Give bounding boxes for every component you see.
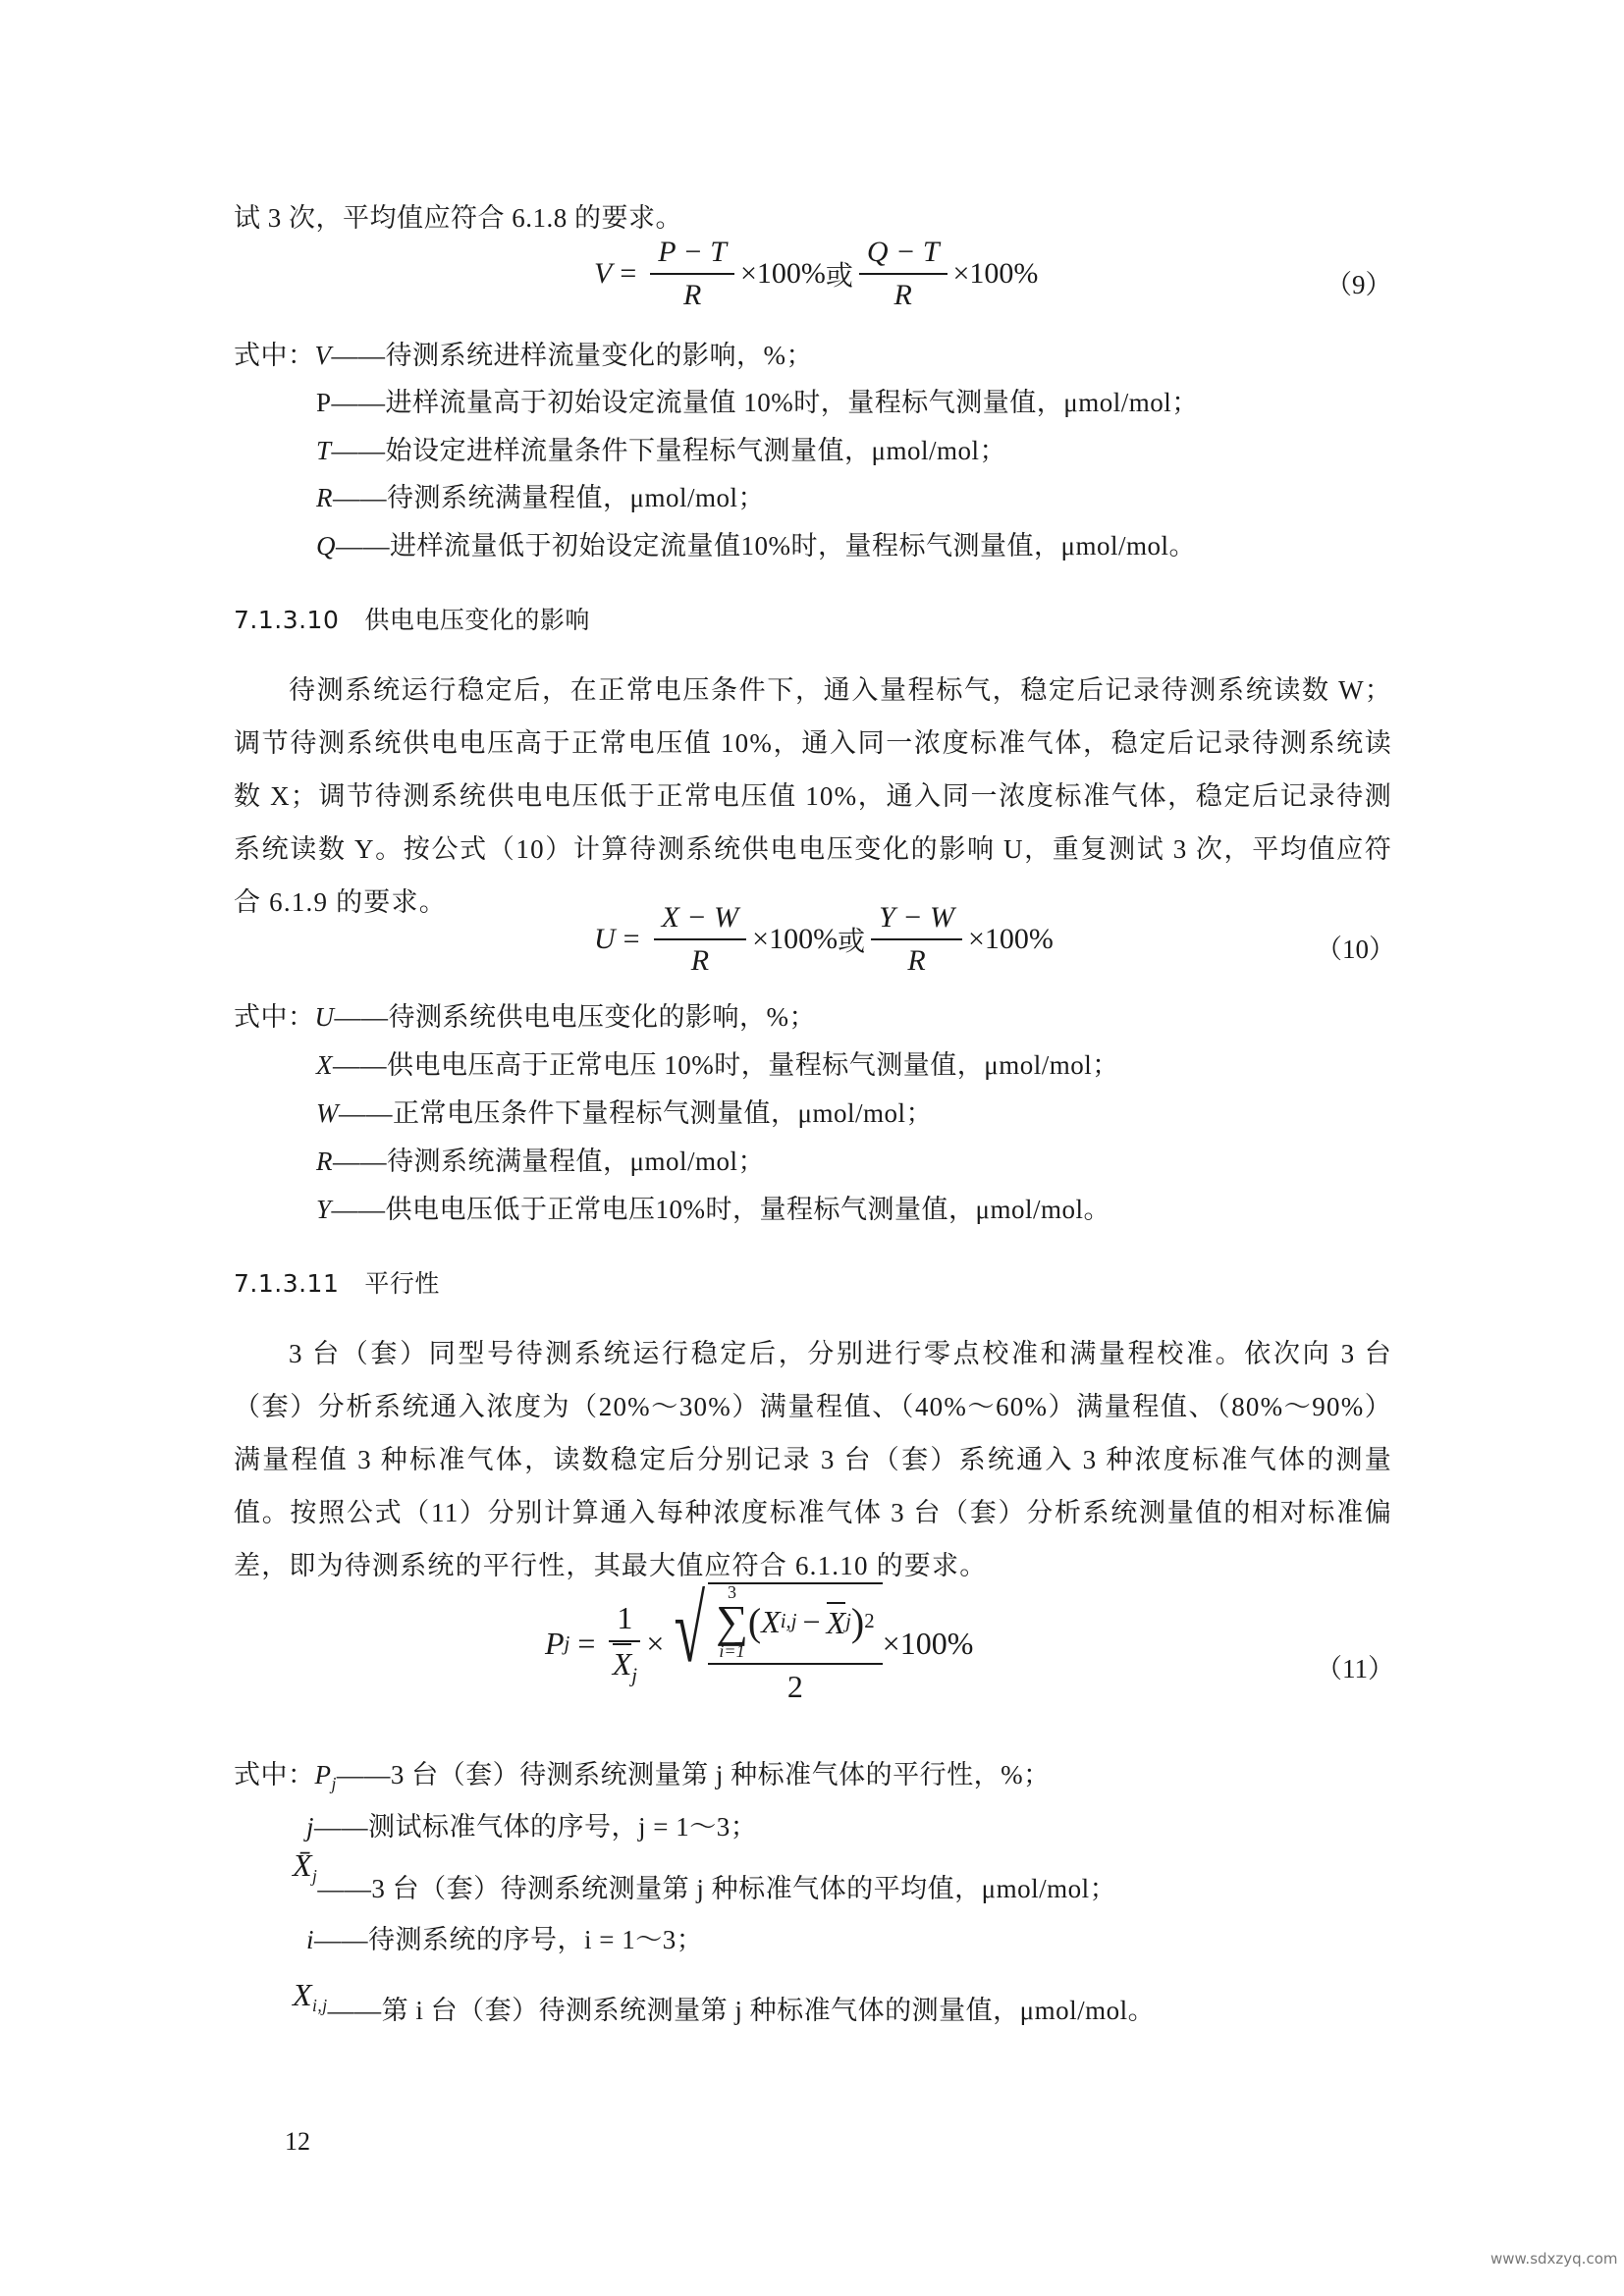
formula-9-fraction-1: P − T R [650,236,734,312]
equation-label-9: （9） [1326,263,1392,301]
definition-Pj: 式中：Pj——3 台（套）待测系统测量第 j 种标准气体的平行性，%； [234,1757,1051,1801]
formula-10: U = X − W R ×100% 或 Y − W R ×100% [594,901,1054,978]
definition-R-2: R——待测系统满量程值，μmol/mol； [316,1144,765,1179]
section-7-1-3-11-paragraph: 3 台（套）同型号待测系统运行稳定后，分别进行零点校准和满量程校准。依次向 3 … [234,1327,1392,1592]
formula-9-lhs: V [594,257,612,291]
definition-i: i——待测系统的序号，i = 1～3； [306,1922,703,1957]
definition-X: X——供电电压高于正常电压 10%时，量程标气测量值，μmol/mol； [316,1047,1119,1083]
square-root: √ 3 ∑ i=1 ( Xi,j − Xj )2 [664,1582,882,1705]
definition-Y: Y——供电电压低于正常电压10%时，量程标气测量值，μmol/mol。 [316,1192,1110,1227]
formula-9: V = P − T R ×100% 或 Q − T R ×100% [594,236,1038,312]
definition-U: 式中：U——待测系统供电电压变化的影响，%； [234,999,816,1035]
section-heading-7-1-3-11: 7.1.3.11平行性 [234,1266,440,1302]
formula-10-fraction-2: Y − W R [871,901,962,978]
formula-11-fraction: 1 Xj [609,1600,640,1687]
equation-label-10: （10） [1316,928,1395,966]
section-heading-7-1-3-10: 7.1.3.10供电电压变化的影响 [234,603,590,638]
formula-10-fraction-1: X − W R [654,901,747,978]
section-7-1-3-10-paragraph: 待测系统运行稳定后，在正常电压条件下，通入量程标气，稳定后记录待测系统读数 W；… [234,664,1392,929]
definition-Xbar-j: X̄j——3 台（套）待测系统测量第 j 种标准气体的平均值，μmol/mol； [293,1867,1116,1917]
definition-Xij: Xi,j——第 i 台（套）待测系统测量第 j 种标准气体的测量值，μmol/m… [293,1989,1155,2039]
formula-9-fraction-2: Q − T R [859,236,947,312]
page-number: 12 [285,2127,310,2157]
definition-V: 式中：V——待测系统进样流量变化的影响，%； [234,338,813,373]
definition-R: R——待测系统满量程值，μmol/mol； [316,480,765,515]
equation-label-11: （11） [1316,1647,1394,1685]
formula-11: Pj = 1 Xj × √ 3 ∑ i=1 ( Xi,j [545,1582,973,1705]
summation: 3 ∑ i=1 [716,1584,748,1659]
definition-W: W——正常电压条件下量程标气测量值，μmol/mol； [316,1095,933,1131]
continuation-text: 试 3 次，平均值应符合 6.1.8 的要求。 [234,200,682,236]
definition-T: T——始设定进样流量条件下量程标气测量值，μmol/mol； [316,433,1006,468]
watermark: www.sdxzyq.com [1490,2250,1618,2268]
definition-Q: Q——进样流量低于初始设定流量值10%时，量程标气测量值，μmol/mol。 [316,528,1196,563]
definition-j: j——测试标准气体的序号，j = 1～3； [306,1809,757,1844]
definition-P: P——进样流量高于初始设定流量值 10%时，量程标气测量值，μmol/mol； [316,385,1199,420]
document-page: 试 3 次，平均值应符合 6.1.8 的要求。 V = P − T R ×100… [0,0,1624,2296]
